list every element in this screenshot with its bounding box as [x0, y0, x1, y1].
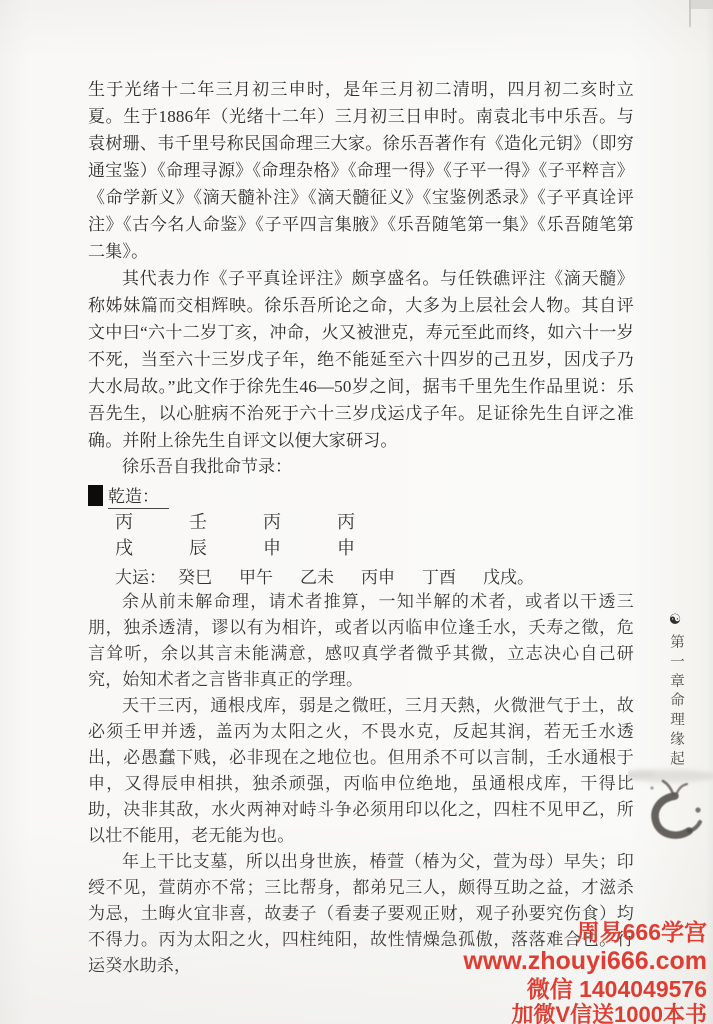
watermark-wechat-id: 微信 1404049576	[463, 976, 707, 1002]
dayun-label: 大运：	[115, 563, 166, 588]
bazi-stem: 丙	[337, 508, 411, 534]
bazi-stems-row: 丙 壬 丙 丙	[88, 508, 634, 534]
qianzao-row: 乾造：	[88, 483, 634, 508]
bazi-branches-row: 戌 辰 申 申	[88, 534, 634, 560]
dayun-pillar: 乙未	[300, 563, 334, 588]
dayun-pillar: 戊戌。	[483, 563, 534, 588]
main-text-block: 生于光绪十二年三月初三申时，是年三月初二清明，四月初二亥时立夏。生于1886年（…	[88, 76, 634, 979]
commentary-paragraph-2: 天干三丙，通根戌库，弱是之微旺，三月天熱，火微泄气于土，故必须壬甲并透，盖丙为太…	[88, 693, 634, 849]
bazi-stem: 丙	[115, 508, 189, 534]
bazi-branch: 申	[337, 534, 411, 560]
watermark-site-name: 周易666学宫	[463, 918, 707, 946]
bazi-branch: 申	[263, 534, 337, 560]
taiji-yinyang-icon: ☯	[665, 612, 685, 628]
scanned-book-page: 生于光绪十二年三月初三申时，是年三月初二清明，四月初二亥时立夏。生于1886年（…	[0, 0, 713, 1024]
black-square-marker-icon	[88, 485, 103, 506]
qianzao-label: 乾造：	[108, 482, 169, 509]
ink-wash-decoration	[628, 762, 713, 862]
bazi-branch: 辰	[189, 534, 263, 560]
watermark-promo-text: 加微V信送1000本书	[463, 1002, 707, 1024]
watermark-url: www.zhouyi666.com	[463, 946, 707, 976]
dayun-pillar: 癸巳	[178, 563, 212, 588]
bazi-stem: 壬	[189, 508, 263, 534]
dayun-pillar: 甲午	[239, 563, 273, 588]
dayun-pillar: 丙申	[361, 563, 395, 588]
commentary-paragraph-1: 余从前未解命理，请术者推算，一知半解的术者，或者以干透三朋，独杀透清，谬以有为相…	[88, 589, 634, 693]
section-heading: 徐乐吾自我批命节录：	[88, 454, 634, 481]
dayun-pillar: 丁酉	[422, 563, 456, 588]
bazi-branch: 戌	[115, 534, 189, 560]
scan-edge-shadow	[689, 0, 713, 9]
bazi-stem: 丙	[263, 508, 337, 534]
dayun-row: 大运： 癸巳 甲午 乙未 丙申 丁酉 戊戌。	[88, 561, 634, 589]
scan-edge-line	[689, 0, 691, 27]
paragraph-biography: 生于光绪十二年三月初三申时，是年三月初二清明，四月初二亥时立夏。生于1886年（…	[88, 76, 634, 265]
paragraph-representative-works: 其代表力作《子平真诠评注》颇享盛名。与任铁礁评注《滴天髓》称姊妹篇而交相辉映。徐…	[88, 265, 634, 454]
chapter-number-vertical: 第一章	[666, 634, 687, 693]
watermark-block: 周易666学宫 www.zhouyi666.com 微信 1404049576 …	[463, 918, 707, 1024]
chapter-title-vertical: 命理缘起	[666, 692, 687, 770]
